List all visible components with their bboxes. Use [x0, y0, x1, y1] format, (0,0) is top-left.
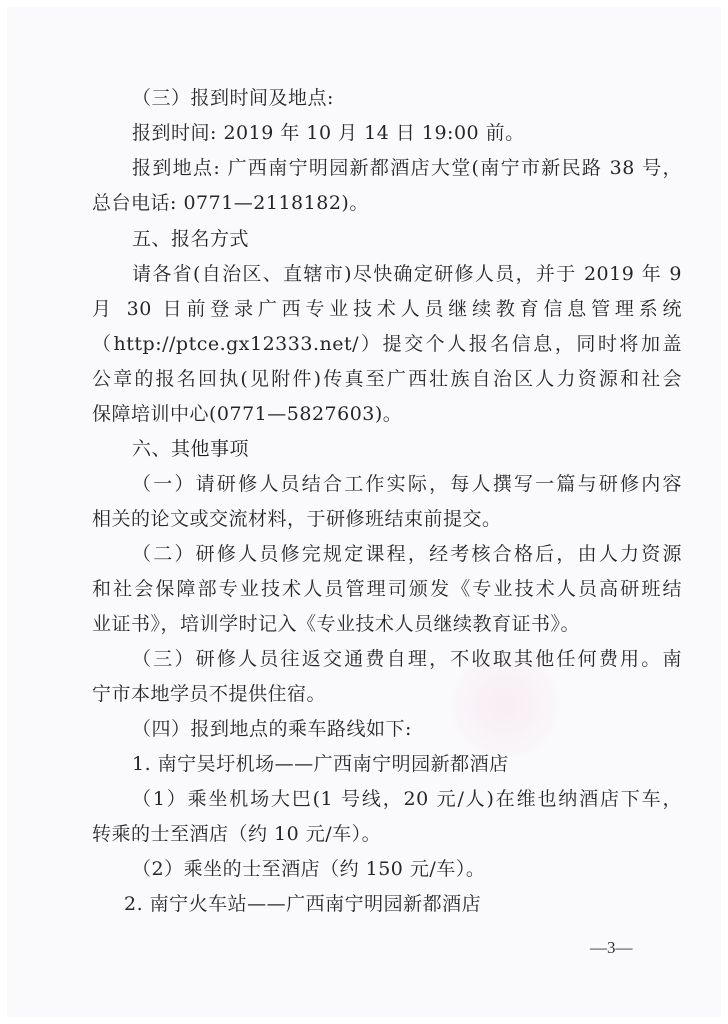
item4-title: （四）报到地点的乘车路线如下:: [132, 717, 682, 741]
section-3-title: （三）报到时间及地点:: [132, 86, 682, 110]
report-place-line2: 总台电话: 0771—2118182)。: [92, 191, 682, 215]
route1-option1-line1: （1）乘坐机场大巴(1 号线，20 元/人)在维也纳酒店下车，: [132, 787, 682, 811]
signup-line2: 月 30 日前登录广西专业技术人员继续教育信息管理系统: [92, 297, 682, 321]
signup-line1: 请各省(自治区、直辖市)尽快确定研修人员，并于 2019 年 9: [132, 262, 682, 286]
report-place-line1: 报到地点: 广西南宁明园新都酒店大堂(南宁市新民路 38 号，: [132, 156, 682, 180]
item1-line1: （一）请研修人员结合工作实际，每人撰写一篇与研修内容: [132, 472, 682, 496]
item3-line1: （三）研修人员往返交通费自理，不收取其他任何费用。南: [132, 647, 682, 671]
route1-option1-line2: 转乘的士至酒店（约 10 元/车）。: [92, 822, 682, 846]
item1-line2: 相关的论文或交流材料，于研修班结束前提交。: [92, 507, 682, 531]
item3-line2: 宁市本地学员不提供住宿。: [92, 682, 682, 706]
route1-title: 1. 南宁吴圩机场——广西南宁明园新都酒店: [132, 752, 682, 776]
item2-line3: 业证书》，培训学时记入《专业技术人员继续教育证书》。: [92, 612, 682, 636]
report-time: 报到时间: 2019 年 10 月 14 日 19:00 前。: [132, 121, 682, 145]
item2-line1: （二）研修人员修完规定课程，经考核合格后，由人力资源: [132, 542, 682, 566]
heading-other-matters: 六、其他事项: [132, 437, 682, 461]
signup-line5: 保障培训中心(0771—5827603)。: [92, 402, 682, 426]
page-number: —3—: [590, 938, 633, 958]
signup-line3: （http://ptce.gx12333.net/）提交个人报名信息，同时将加盖: [92, 332, 682, 356]
heading-signup-method: 五、报名方式: [132, 227, 682, 251]
route2-title: 2. 南宁火车站——广西南宁明园新都酒店: [124, 892, 674, 916]
route1-option2: （2）乘坐的士至酒店（约 150 元/车）。: [132, 857, 682, 881]
item2-line2: 和社会保障部专业技术人员管理司颁发《专业技术人员高研班结: [92, 577, 682, 601]
signup-line4: 公章的报名回执(见附件)传真至广西壮族自治区人力资源和社会: [92, 367, 682, 391]
